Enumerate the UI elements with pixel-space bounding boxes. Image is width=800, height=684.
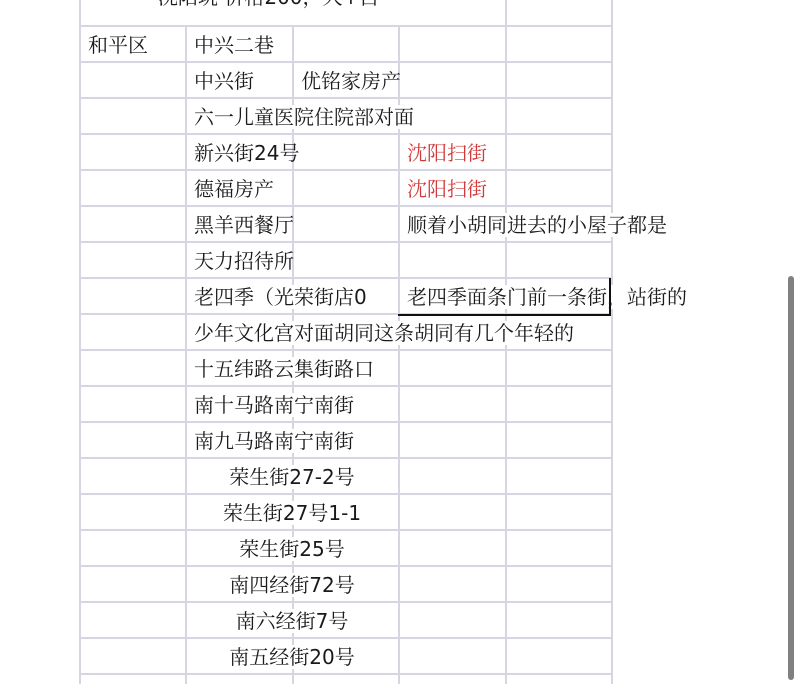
grid-line <box>79 0 81 684</box>
address-cell[interactable]: 南四经街72号 <box>187 567 398 603</box>
address-cell[interactable]: 荣生街27号1-1 <box>187 495 398 531</box>
merged-cell-text[interactable]: 沈阳玩 价格200，大+占 <box>158 0 379 15</box>
source-cell[interactable]: 沈阳扫街 <box>400 135 487 171</box>
grid-line <box>611 0 613 684</box>
address-cell[interactable]: 南五经街20号 <box>187 639 398 675</box>
address-cell[interactable]: 黑羊西餐厅 <box>187 207 294 243</box>
spreadsheet: 沈阳玩 价格200，大+占 和平区 中兴二巷 中兴街 优铭家房产 六一儿童医院住… <box>0 0 800 684</box>
district-cell[interactable]: 和平区 <box>81 27 185 63</box>
address-cell[interactable]: 南十马路南宁南街 <box>187 387 355 423</box>
address-cell[interactable]: 老四季（光荣街店0 <box>187 279 398 315</box>
grid-line <box>79 169 612 171</box>
address-cell[interactable]: 六一儿童医院住院部对面 <box>187 99 415 135</box>
address-cell[interactable]: 十五纬路云集街路口 <box>187 351 375 387</box>
address-cell[interactable]: 中兴二巷 <box>187 27 275 63</box>
address-cell[interactable]: 南九马路南宁南街 <box>187 423 355 459</box>
address-cell[interactable]: 中兴街 <box>187 63 254 99</box>
address-cell[interactable]: 荣生街25号 <box>187 531 398 567</box>
address-cell[interactable]: 新兴街24号 <box>187 135 299 171</box>
cell-selection-border <box>398 278 611 316</box>
address-cell[interactable]: 荣生街27-2号 <box>187 459 398 495</box>
address-cell[interactable]: 德福房产 <box>187 171 274 207</box>
address-cell[interactable]: 天力招待所 <box>187 243 294 279</box>
address-cell[interactable]: 南六经街7号 <box>187 603 398 639</box>
source-cell[interactable]: 沈阳扫街 <box>400 171 487 207</box>
note-cell[interactable]: 优铭家房产 <box>294 63 401 99</box>
note-cell[interactable]: 顺着小胡同进去的小屋子都是 <box>400 207 668 243</box>
vertical-scrollbar[interactable] <box>788 276 794 680</box>
address-cell[interactable]: 少年文化宫对面胡同这条胡同有几个年轻的 <box>187 315 575 351</box>
